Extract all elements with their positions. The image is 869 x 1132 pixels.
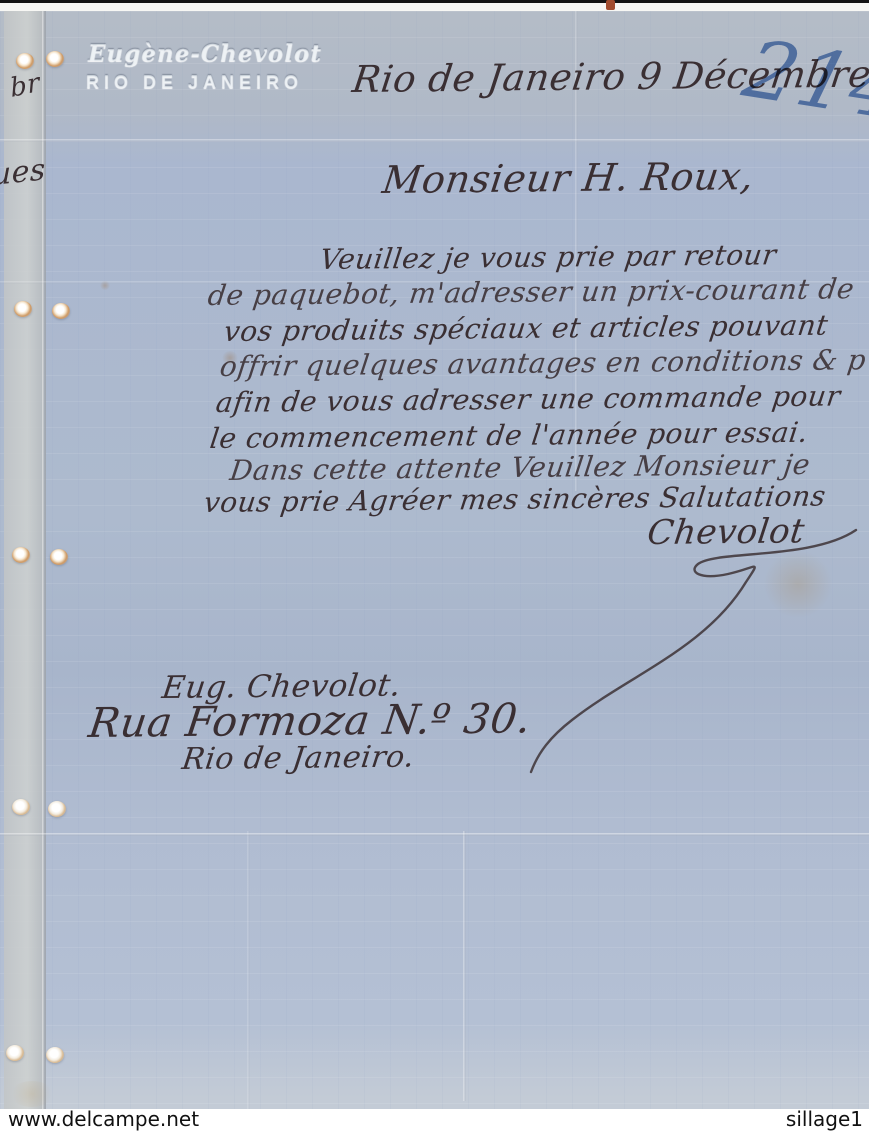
body-line: afin de vous adresser une commande pour [214, 379, 843, 419]
pin-hole [50, 549, 68, 565]
embossed-letterhead-city: RIO DE JANEIRO [86, 72, 303, 93]
margin-ink-fragment: ues [0, 152, 46, 193]
pin-hole [52, 303, 70, 319]
pin-hole [46, 1047, 64, 1063]
embossed-letterhead-name: Eugène-Chevolot [88, 40, 322, 67]
margin-ink-fragment: br [9, 68, 42, 104]
pin-hole [12, 799, 30, 815]
pin-hole [14, 301, 32, 317]
scanned-letter-page: Eugène-Chevolot RIO DE JANEIRO br ues Ri… [0, 0, 869, 1132]
body-line: vos produits spéciaux et articles pouvan… [222, 309, 830, 348]
pin-hole [46, 51, 64, 67]
pin-hole [48, 801, 66, 817]
body-line: de paquebot, m'adresser un prix-courant … [206, 272, 856, 312]
signature: Chevolot [645, 511, 807, 553]
pin-hole [6, 1045, 24, 1061]
watermark-seller-text: sillage1 [786, 1107, 863, 1131]
pin-hole [12, 547, 30, 563]
scan-top-margin [0, 3, 869, 11]
watermark-site-text: www.delcampe.net [8, 1107, 199, 1131]
salutation: Monsieur H. Roux, [380, 154, 757, 202]
body-line: Veuillez je vous prie par retour [318, 238, 779, 276]
address-line: Rua Formoza N.º 30. [86, 694, 534, 747]
body-line: offrir quelques avantages en conditions … [218, 343, 868, 383]
pin-hole [16, 53, 34, 69]
address-line: Rio de Janeiro. [180, 740, 417, 777]
watermark-bar: www.delcampe.net sillage1 [0, 1109, 869, 1132]
